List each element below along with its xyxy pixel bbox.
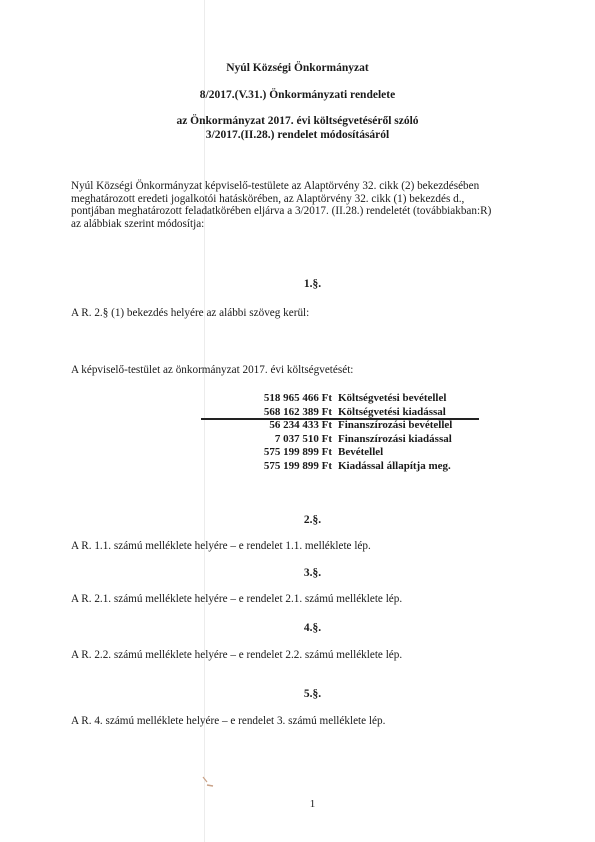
budget-row: 575 199 899 FtKiadással állapítja meg. xyxy=(250,460,452,474)
section-1-heading: 1.§. xyxy=(0,278,595,290)
page-number: 1 xyxy=(0,798,595,810)
section-3-heading: 3.§. xyxy=(0,567,595,579)
section-4-text: A R. 2.2. számú melléklete helyére – e r… xyxy=(71,649,402,661)
preamble-line: az alábbiak szerint módosítja: xyxy=(71,218,531,231)
preamble-line: Nyúl Községi Önkormányzat képviselő-test… xyxy=(71,180,531,193)
budget-row: 7 037 510 FtFinanszírozási kiadással xyxy=(250,433,452,447)
budget-row: 56 234 433 FtFinanszírozási bevétellel xyxy=(250,419,452,433)
section-5-heading: 5.§. xyxy=(0,688,595,700)
subject-line-1: az Önkormányzat 2017. évi költségvetésér… xyxy=(0,115,595,127)
budget-divider xyxy=(201,418,479,420)
budget-row: 518 965 466 FtKöltségvetési bevétellel xyxy=(250,392,452,406)
budget-table: 518 965 466 FtKöltségvetési bevétellel 5… xyxy=(250,392,452,473)
org-title: Nyúl Községi Önkormányzat xyxy=(0,62,595,74)
subject-line-2: 3/2017.(II.28.) rendelet módosításáról xyxy=(0,129,595,141)
preamble: Nyúl Községi Önkormányzat képviselő-test… xyxy=(71,180,531,230)
section-2-heading: 2.§. xyxy=(0,514,595,526)
preamble-line: meghatározott eredeti jogalkotói hatáskö… xyxy=(71,193,531,206)
section-4-heading: 4.§. xyxy=(0,622,595,634)
section-5-text: A R. 4. számú melléklete helyére – e ren… xyxy=(71,715,385,727)
section-1-text: A R. 2.§ (1) bekezdés helyére az alábbi … xyxy=(71,307,309,319)
section-2-text: A R. 1.1. számú melléklete helyére – e r… xyxy=(71,540,371,552)
decree-title: 8/2017.(V.31.) Önkormányzati rendelete xyxy=(0,89,595,101)
budget-row: 568 162 389 FtKöltségvetési kiadással xyxy=(250,406,452,420)
pen-mark xyxy=(202,776,214,790)
preamble-line: pontjában meghatározott feladatkörében e… xyxy=(71,205,531,218)
budget-row: 575 199 899 FtBevétellel xyxy=(250,446,452,460)
budget-intro: A képviselő-testület az önkormányzat 201… xyxy=(71,364,353,376)
section-3-text: A R. 2.1. számú melléklete helyére – e r… xyxy=(71,593,402,605)
